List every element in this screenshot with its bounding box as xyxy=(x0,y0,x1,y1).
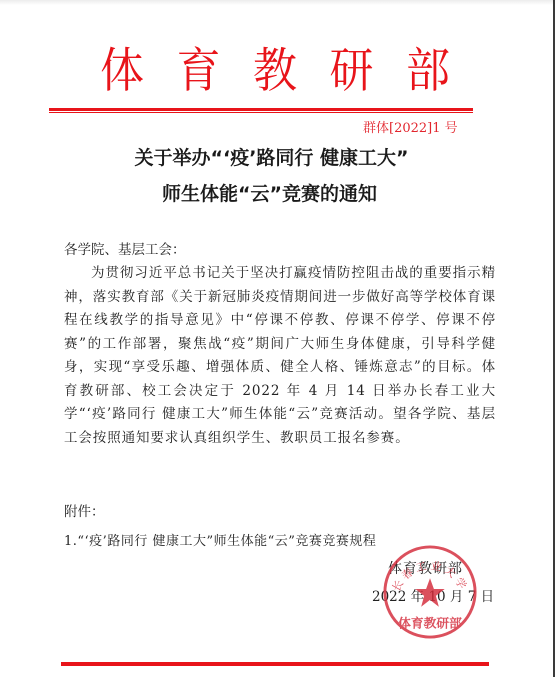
org-title-char: 研 xyxy=(330,42,374,102)
org-title-char: 教 xyxy=(253,42,297,102)
document-number: 群体[2022]1 号 xyxy=(363,117,458,136)
org-title-char: 体 xyxy=(100,42,144,102)
seal-bottom-text: 体育教研部 xyxy=(398,615,462,631)
notice-title-line1: 关于举办“‘疫’路同行 健康工大” xyxy=(0,143,548,170)
body-paragraph: 为贯彻习近平总书记关于坚决打赢疫情防控阻击战的重要指示精神，落实教育部《关于新冠… xyxy=(64,262,496,450)
document-page: 体 育 教 研 部 群体[2022]1 号 关于举办“‘疫’路同行 健康工大” … xyxy=(0,0,553,677)
org-title: 体 育 教 研 部 xyxy=(100,44,450,100)
org-title-char: 部 xyxy=(406,42,450,102)
header-divider xyxy=(49,108,473,111)
header-divider-thin xyxy=(49,112,473,113)
signature-date: 2022 年 10 月 7 日 xyxy=(372,585,494,605)
attachment-item[interactable]: 1.“‘疫’路同行 健康工大”师生体能“云”竞赛竞赛规程 xyxy=(64,530,376,549)
notice-title-line2: 师生体能“云”竞赛的通知 xyxy=(0,179,546,206)
signature-org: 体育教研部 xyxy=(388,558,463,578)
footer-divider xyxy=(61,662,489,666)
org-title-char: 育 xyxy=(177,42,221,102)
salutation: 各学院、基层工会： xyxy=(64,238,186,258)
attachments-label: 附件： xyxy=(64,500,105,520)
